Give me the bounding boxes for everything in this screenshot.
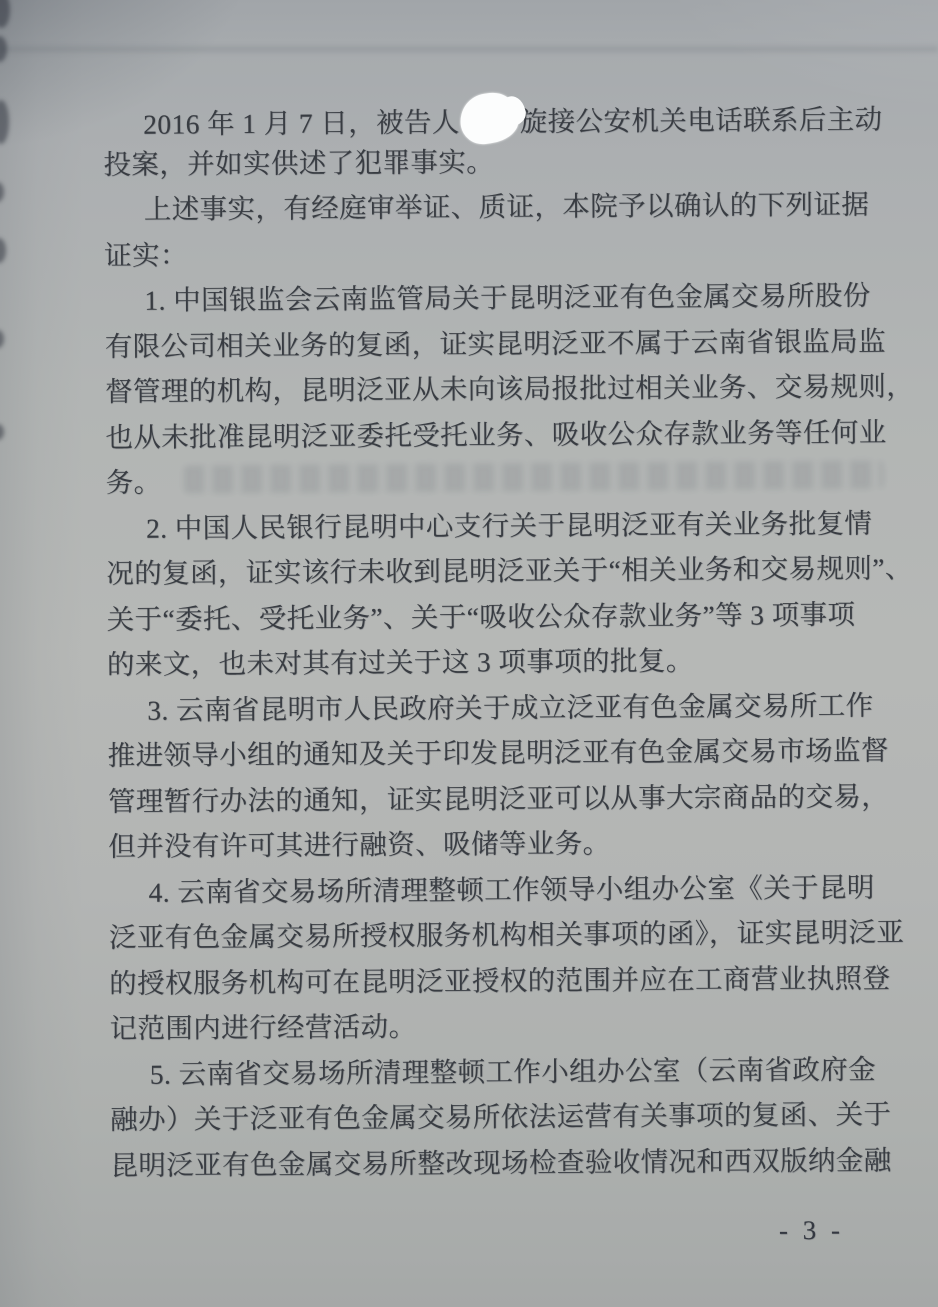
text-line: 推进领导小组的通知及关于印发昆明泛亚有色金属交易市场监督 bbox=[107, 727, 907, 778]
text-line: 的来文，也未对其有过关于这 3 项事项的批复。 bbox=[107, 636, 907, 687]
text-line: 泛亚有色金属交易所授权服务机构相关事项的函》，证实昆明泛亚 bbox=[109, 909, 909, 960]
text-line: 1. 中国银监会云南监管局关于昆明泛亚有色金属交易所股份 bbox=[104, 272, 904, 323]
text-line: 上述事实，有经庭审举证、质证，本院予以确认的下列证据 bbox=[104, 181, 904, 232]
text-line: 融办）关于泛亚有色金属交易所依法运营有关事项的复函、关于 bbox=[110, 1091, 910, 1142]
text-line: 5. 云南省交易场所清理整顿工作小组办公室（云南省政府金 bbox=[110, 1046, 910, 1097]
paper-crease-shadow bbox=[0, 44, 938, 54]
text-line: 2016 年 1 月 7 日，被告人旋接公安机关电话联系后主动 bbox=[103, 90, 903, 141]
text-line: 2. 中国人民银行昆明中心支行关于昆明泛亚有关业务批复情 bbox=[106, 500, 906, 551]
text-line: 也从未批准昆明泛亚委托受托业务、吸收公众存款业务等任何业 bbox=[105, 409, 905, 460]
text-line: 投案，并如实供述了犯罪事实。 bbox=[103, 136, 903, 187]
text-line: 有限公司相关业务的复函，证实昆明泛亚不属于云南省银监局监 bbox=[105, 318, 905, 369]
page-number: - 3 - bbox=[779, 1213, 844, 1247]
text-line: 4. 云南省交易场所清理整顿工作领导小组办公室《关于昆明 bbox=[108, 864, 908, 915]
redaction-mark bbox=[457, 90, 521, 147]
text-line: 记范围内进行经营活动。 bbox=[109, 1000, 909, 1051]
bleed-through-text-smudge bbox=[184, 461, 884, 494]
text-line: 证实： bbox=[104, 227, 904, 278]
text-line: 的授权服务机构可在昆明泛亚授权的范围并应在工商营业执照登 bbox=[109, 955, 909, 1006]
text-after-redaction: 旋接公安机关电话联系后主动 bbox=[520, 104, 883, 138]
text-line: 但并没有许可其进行融资、吸储等业务。 bbox=[108, 818, 908, 869]
text-line: 3. 云南省昆明市人民政府关于成立泛亚有色金属交易所工作 bbox=[107, 682, 907, 733]
text-line: 况的复函，证实该行未收到昆明泛亚关于“相关业务和交易规则”、 bbox=[106, 545, 906, 596]
document-lines: 2016 年 1 月 7 日，被告人旋接公安机关电话联系后主动投案，并如实供述了… bbox=[103, 90, 911, 1188]
text-line: 昆明泛亚有色金属交易所整改现场检查验收情况和西双版纳金融 bbox=[110, 1137, 910, 1188]
text-before-redaction: 2016 年 1 月 7 日，被告人 bbox=[143, 107, 460, 140]
text-line: 关于“委托、受托业务”、关于“吸收公众存款业务”等 3 项事项 bbox=[106, 591, 906, 642]
text-line: 督管理的机构，昆明泛亚从未向该局报批过相关业务、交易规则， bbox=[105, 363, 905, 414]
judgment-page-content: 2016 年 1 月 7 日，被告人旋接公安机关电话联系后主动投案，并如实供述了… bbox=[103, 90, 911, 1188]
text-line: 管理暂行办法的通知，证实昆明泛亚可以从事大宗商品的交易， bbox=[108, 773, 908, 824]
